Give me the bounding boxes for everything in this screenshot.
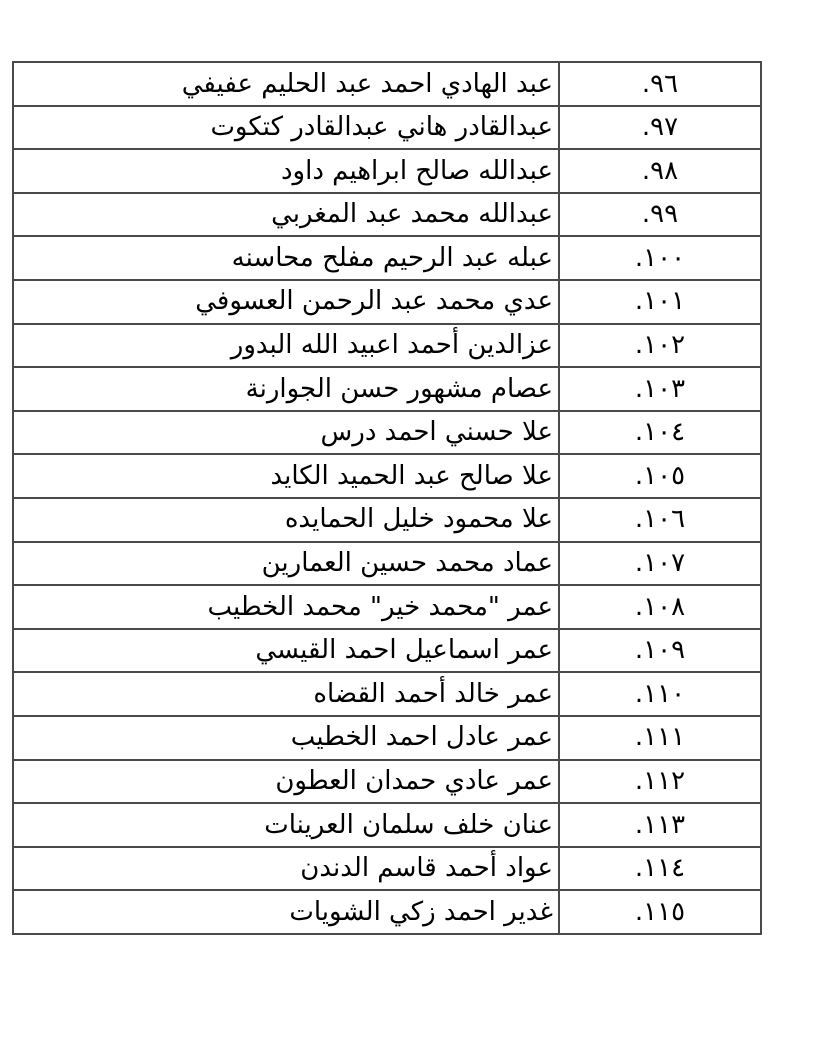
table-row: ١١١. عمر عادل احمد الخطيب (13, 716, 761, 760)
number-cell: ١١١. (559, 716, 761, 760)
name-cell: عبد الهادي احمد عبد الحليم عفيفي (13, 62, 559, 106)
table-row: ١٠٥. علا صالح عبد الحميد الكايد (13, 454, 761, 498)
name-cell: علا محمود خليل الحمايده (13, 498, 559, 542)
name-cell: علا حسني احمد درس (13, 411, 559, 455)
table-row: ١٠٢. عزالدين أحمد اعبيد الله البدور (13, 324, 761, 368)
number-cell: ١٠١. (559, 280, 761, 324)
name-cell: عبدالله صالح ابراهيم داود (13, 149, 559, 193)
name-cell: عماد محمد حسين العمارين (13, 542, 559, 586)
table-row: ١٠١. عدي محمد عبد الرحمن العسوفي (13, 280, 761, 324)
number-cell: ١١٤. (559, 847, 761, 891)
table-row: ١٠٩. عمر اسماعيل احمد القيسي (13, 629, 761, 673)
table-row: ١٠٦. علا محمود خليل الحمايده (13, 498, 761, 542)
number-cell: ١٠٦. (559, 498, 761, 542)
table-row: ٩٨. عبدالله صالح ابراهيم داود (13, 149, 761, 193)
number-cell: ١٠٢. (559, 324, 761, 368)
table-row: ١١٣. عنان خلف سلمان العرينات (13, 803, 761, 847)
table-row: ١١٥. غدير احمد زكي الشويات (13, 890, 761, 934)
name-cell: عبله عبد الرحيم مفلح محاسنه (13, 236, 559, 280)
name-cell: عزالدين أحمد اعبيد الله البدور (13, 324, 559, 368)
name-cell: غدير احمد زكي الشويات (13, 890, 559, 934)
table-row: ١١٢. عمر عادي حمدان العطون (13, 760, 761, 804)
name-cell: عمر خالد أحمد القضاه (13, 672, 559, 716)
table-row: ١١٤. عواد أحمد قاسم الدندن (13, 847, 761, 891)
table-row: ٩٦. عبد الهادي احمد عبد الحليم عفيفي (13, 62, 761, 106)
name-cell: عمر "محمد خير" محمد الخطيب (13, 585, 559, 629)
name-cell: عمر عادل احمد الخطيب (13, 716, 559, 760)
name-cell: عمر اسماعيل احمد القيسي (13, 629, 559, 673)
table-row: ١٠٣. عصام مشهور حسن الجوارنة (13, 367, 761, 411)
name-cell: عصام مشهور حسن الجوارنة (13, 367, 559, 411)
table-row: ١٠٧. عماد محمد حسين العمارين (13, 542, 761, 586)
names-table: ٩٦. عبد الهادي احمد عبد الحليم عفيفي ٩٧.… (12, 61, 762, 935)
number-cell: ٩٦. (559, 62, 761, 106)
name-cell: عمر عادي حمدان العطون (13, 760, 559, 804)
number-cell: ١١٢. (559, 760, 761, 804)
names-table-body: ٩٦. عبد الهادي احمد عبد الحليم عفيفي ٩٧.… (13, 62, 761, 934)
number-cell: ١١٥. (559, 890, 761, 934)
number-cell: ١٠٩. (559, 629, 761, 673)
table-row: ١١٠. عمر خالد أحمد القضاه (13, 672, 761, 716)
number-cell: ٩٧. (559, 106, 761, 150)
table-row: ١٠٠. عبله عبد الرحيم مفلح محاسنه (13, 236, 761, 280)
number-cell: ٩٨. (559, 149, 761, 193)
name-cell: عبدالله محمد عبد المغربي (13, 193, 559, 237)
number-cell: ١٠٤. (559, 411, 761, 455)
number-cell: ١٠٠. (559, 236, 761, 280)
number-cell: ١٠٧. (559, 542, 761, 586)
table-row: ٩٩. عبدالله محمد عبد المغربي (13, 193, 761, 237)
number-cell: ١١٠. (559, 672, 761, 716)
document-page: ٩٦. عبد الهادي احمد عبد الحليم عفيفي ٩٧.… (0, 0, 816, 1056)
number-cell: ١٠٣. (559, 367, 761, 411)
name-cell: عنان خلف سلمان العرينات (13, 803, 559, 847)
number-cell: ١٠٥. (559, 454, 761, 498)
table-row: ٩٧. عبدالقادر هاني عبدالقادر كتكوت (13, 106, 761, 150)
number-cell: ٩٩. (559, 193, 761, 237)
number-cell: ١٠٨. (559, 585, 761, 629)
name-cell: عدي محمد عبد الرحمن العسوفي (13, 280, 559, 324)
table-row: ١٠٨. عمر "محمد خير" محمد الخطيب (13, 585, 761, 629)
number-cell: ١١٣. (559, 803, 761, 847)
name-cell: عبدالقادر هاني عبدالقادر كتكوت (13, 106, 559, 150)
name-cell: علا صالح عبد الحميد الكايد (13, 454, 559, 498)
table-row: ١٠٤. علا حسني احمد درس (13, 411, 761, 455)
name-cell: عواد أحمد قاسم الدندن (13, 847, 559, 891)
